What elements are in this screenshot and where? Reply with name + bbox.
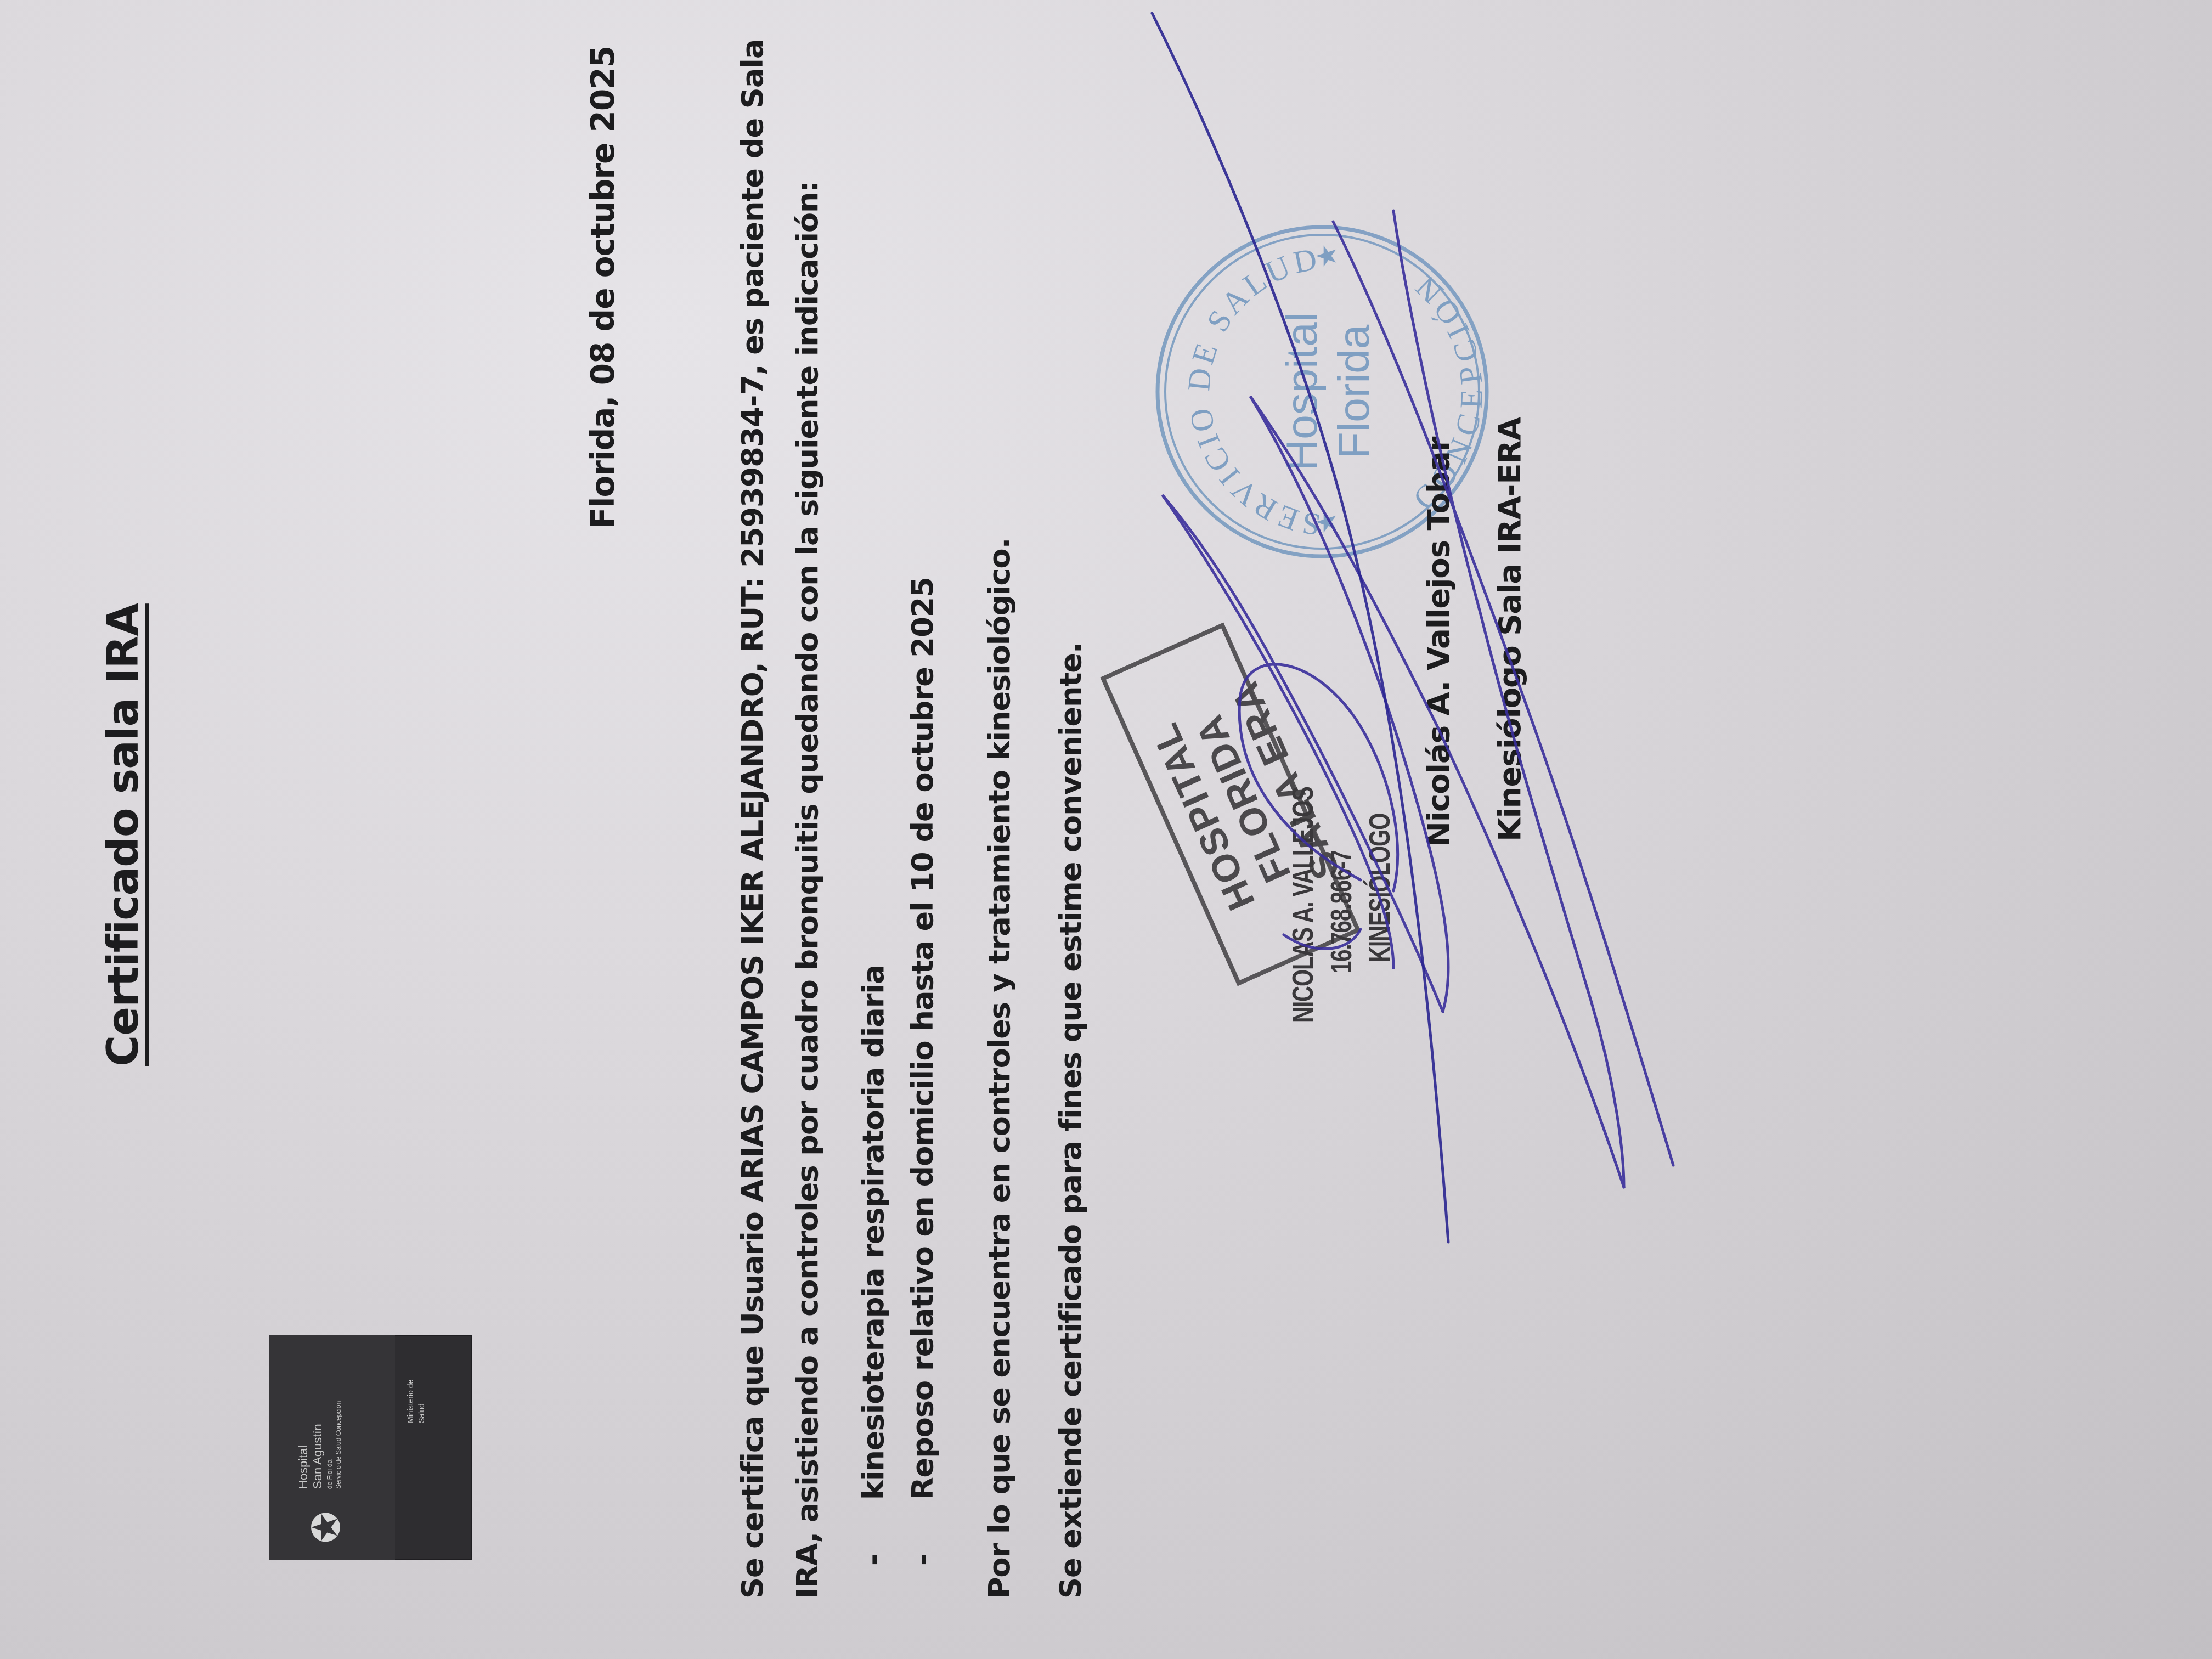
bullet-item: kinesioterapia respiratoria diaria	[856, 965, 890, 1500]
stamp-star-icon: ★	[1311, 240, 1342, 268]
bullet-item: Reposo relativo en domicilio hasta el 10…	[905, 577, 940, 1500]
professional-id-stamp: NICOLAS A. VALLEJOS 16.768.866-7 KINESIÓ…	[1284, 787, 1400, 1023]
certificate-sheet: ✪ Hospital San Agustín de Florida Servic…	[0, 0, 2212, 1659]
stamp-center-line-1: Hospital	[1277, 312, 1326, 471]
place-date: Florida, 08 de octubre 2025	[584, 46, 622, 529]
body-paragraph-2: Por lo que se encuentra en controles y t…	[982, 538, 1017, 1599]
body-line-1: Se certifica que Usuario ARIAS CAMPOS IK…	[735, 39, 770, 1599]
logo-ministry-1: Ministerio de	[406, 1380, 415, 1423]
document-title: Certificado sala IRA	[99, 603, 148, 1066]
logo-line-1: Hospital	[296, 1446, 311, 1489]
signatory-name: Nicolás A. Vallejos Tobar	[1421, 437, 1457, 847]
logo-ministry-2: Salud	[417, 1403, 426, 1423]
signatory-role: Kinesiólogo Sala IRA-ERA	[1492, 417, 1528, 842]
body-paragraph-3: Se extiende certificado para fines que e…	[1053, 643, 1088, 1599]
stamp-star-icon: ★	[1311, 506, 1342, 534]
bullet-marker: -	[856, 1554, 890, 1566]
logo-line-2: San Agustín	[311, 1424, 325, 1489]
id-stamp-rut: 16.768.866-7	[1322, 787, 1361, 973]
id-stamp-title: KINESIÓLOGO	[1361, 787, 1399, 962]
stamp-center-line-2: Florida	[1329, 324, 1378, 459]
id-stamp-name: NICOLAS A. VALLEJOS	[1284, 787, 1322, 1023]
logo-line-3: de Florida	[326, 1460, 334, 1489]
logo-line-4: Servicio de Salud Concepción	[335, 1401, 342, 1489]
bullet-marker: -	[905, 1554, 940, 1566]
hospital-logo: ✪ Hospital San Agustín de Florida Servic…	[269, 1335, 472, 1560]
body-line-2: IRA, asistiendo a controles por cuadro b…	[790, 181, 825, 1599]
chile-crest-icon: ✪	[302, 1505, 351, 1549]
